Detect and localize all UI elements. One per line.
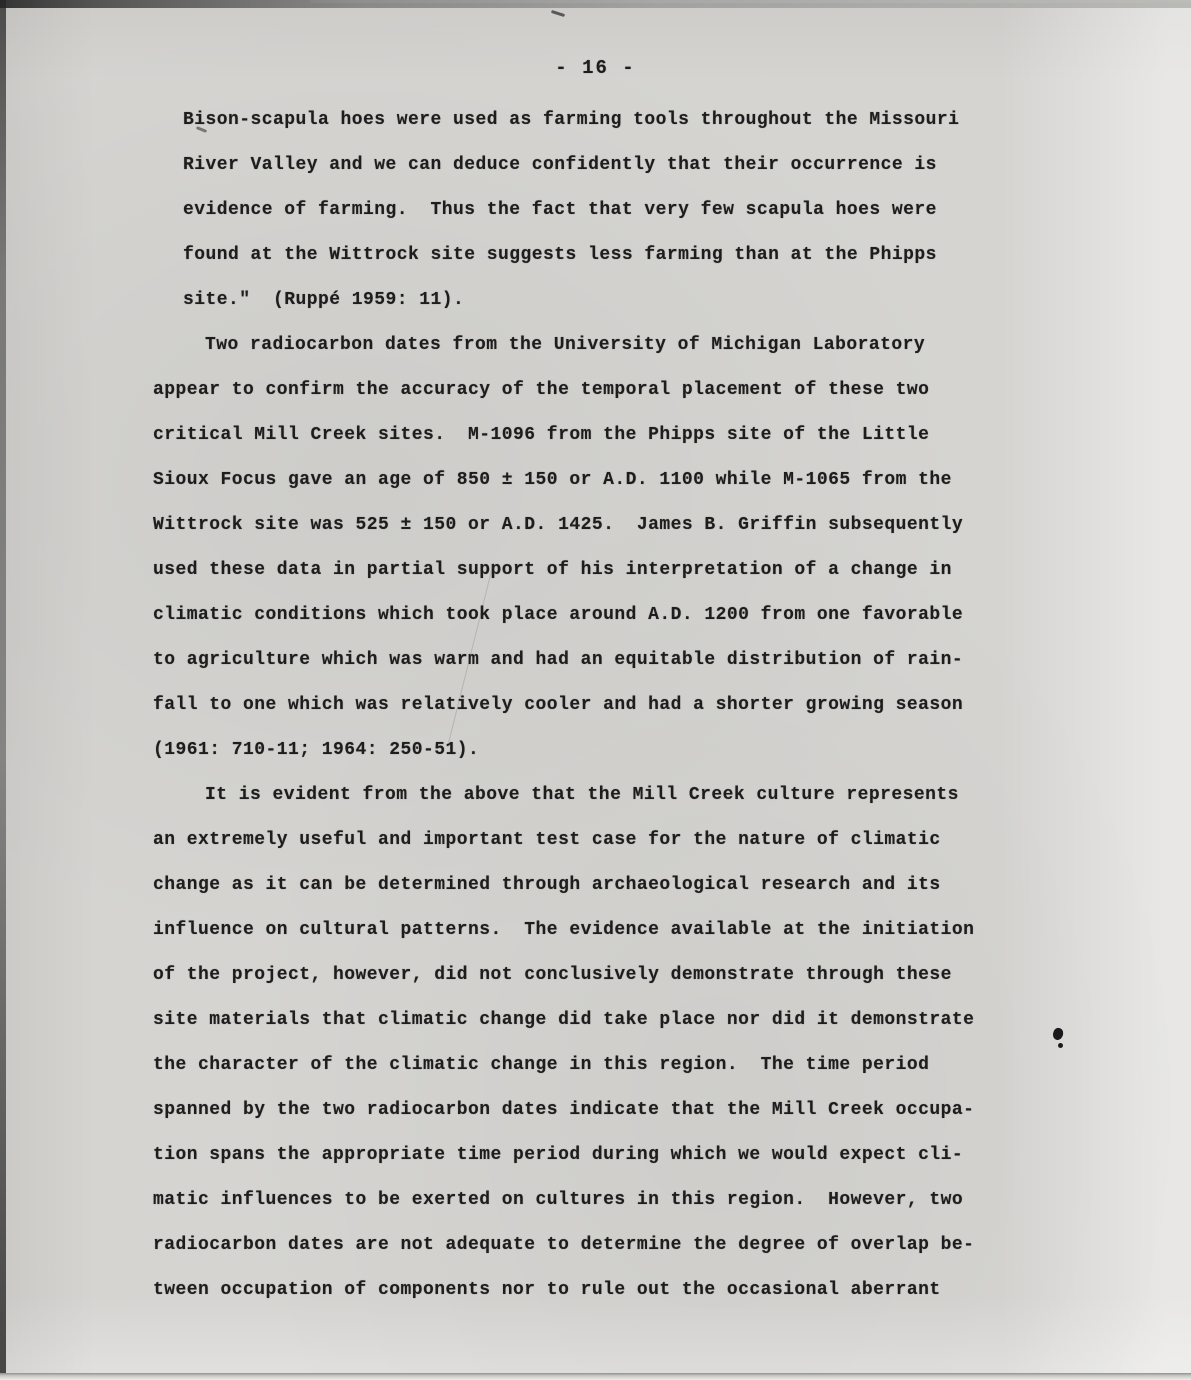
body-line: climatic conditions which took place aro…: [153, 593, 1013, 638]
quote-line: River Valley and we can deduce confident…: [183, 143, 1013, 188]
body-line: Two radiocarbon dates from the Universit…: [153, 323, 1013, 368]
body-line: the character of the climatic change in …: [153, 1043, 1013, 1088]
block-quote: Bison-scapula hoes were used as farming …: [183, 98, 1013, 323]
body-line: Sioux Focus gave an age of 850 ± 150 or …: [153, 458, 1013, 503]
body-line: appear to confirm the accuracy of the te…: [153, 368, 1013, 413]
scanned-page: - 16 - Bison-scapula hoes were used as f…: [0, 0, 1191, 1380]
ink-mark: [1051, 1026, 1065, 1041]
ink-mark: [1058, 1043, 1063, 1048]
body-line: radiocarbon dates are not adequate to de…: [153, 1223, 1013, 1268]
page-number: - 16 -: [0, 56, 1191, 80]
body-line: influence on cultural patterns. The evid…: [153, 908, 1013, 953]
body-line: site materials that climatic change did …: [153, 998, 1013, 1043]
quote-line: Bison-scapula hoes were used as farming …: [183, 98, 1013, 143]
ink-mark: [551, 10, 565, 17]
body-line: tion spans the appropriate time period d…: [153, 1133, 1013, 1178]
body-line: tween occupation of components nor to ru…: [153, 1268, 1013, 1313]
quote-line: found at the Wittrock site suggests less…: [183, 233, 1013, 278]
page-body: Bison-scapula hoes were used as farming …: [153, 98, 1013, 1313]
body-line: of the project, however, did not conclus…: [153, 953, 1013, 998]
body-line: an extremely useful and important test c…: [153, 818, 1013, 863]
body-line: change as it can be determined through a…: [153, 863, 1013, 908]
scan-edge-left: [0, 0, 6, 1380]
paragraph-mill-creek-test-case: It is evident from the above that the Mi…: [153, 773, 1013, 1313]
body-line: (1961: 710-11; 1964: 250-51).: [153, 728, 1013, 773]
body-line: fall to one which was relatively cooler …: [153, 683, 1013, 728]
scan-edge-bottom: [0, 1373, 1191, 1380]
paragraph-radiocarbon-dates: Two radiocarbon dates from the Universit…: [153, 323, 1013, 773]
body-line: Wittrock site was 525 ± 150 or A.D. 1425…: [153, 503, 1013, 548]
body-line: used these data in partial support of hi…: [153, 548, 1013, 593]
body-line: spanned by the two radiocarbon dates ind…: [153, 1088, 1013, 1133]
body-line: matic influences to be exerted on cultur…: [153, 1178, 1013, 1223]
body-line: critical Mill Creek sites. M-1096 from t…: [153, 413, 1013, 458]
quote-line: site." (Ruppé 1959: 11).: [183, 278, 1013, 323]
quote-line: evidence of farming. Thus the fact that …: [183, 188, 1013, 233]
body-line: to agriculture which was warm and had an…: [153, 638, 1013, 683]
body-line: It is evident from the above that the Mi…: [153, 773, 1013, 818]
scan-edge-top: [0, 0, 1191, 8]
